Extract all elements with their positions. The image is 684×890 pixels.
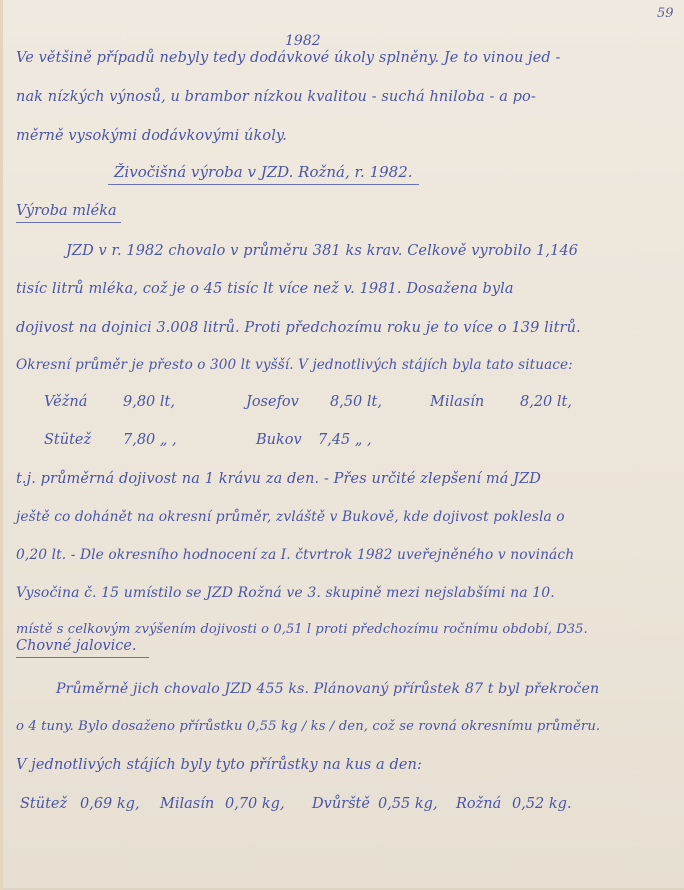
milk-line-4: Okresní průměr je přesto o 300 lt vyšší.… [16,357,573,373]
stable-value: 0,69 kg, [80,796,140,812]
stable-value: 8,50 lt, [330,394,382,410]
milk-line-1: JZD v r. 1982 chovalo v průměru 381 ks k… [66,243,578,259]
stable-name: Milasín [430,394,484,410]
milk-heading: Výroba mléka [16,203,121,223]
intro-line-1: Ve většině případů nebyly tedy dodávkové… [16,50,560,66]
heifers-line-3: V jednotlivých stájích byly tyto přírůst… [16,757,422,773]
heifers-heading: Chovné jalovice. [16,638,149,658]
stable-value: 0,55 kg, [378,796,438,812]
milk-after-line-3: 0,20 lt. - Dle okresního hodnocení za I.… [16,547,574,563]
page-number: 59 [657,6,674,21]
milk-after-line-5: místě s celkovým zvýšením dojivosti o 0,… [16,622,588,637]
heifers-line-2: o 4 tuny. Bylo dosaženo přírůstku 0,55 k… [16,719,600,734]
handwritten-ledger-page: 59 1982 Ve většině případů nebyly tedy d… [0,0,684,890]
milk-line-3: dojivost na dojnici 3.008 litrů. Proti p… [16,320,581,336]
stable-value: 7,80 „ , [123,432,177,448]
section-title: Živočišná výroba v JZD. Rožná, r. 1982. [108,163,419,185]
stable-name: Dvůrště [312,796,370,812]
stable-value: 7,45 „ , [318,432,372,448]
milk-after-line-2: ještě co dohánět na okresní průměr, zvlá… [16,509,565,525]
stable-value: 8,20 lt, [520,394,572,410]
intro-line-2: nak nízkých výnosů, u brambor nízkou kva… [16,89,536,105]
stable-name: Josefov [246,394,299,410]
page-year: 1982 [285,33,321,49]
stable-name: Věžná [44,394,87,410]
stable-value: 0,52 kg. [512,796,572,812]
stable-name: Stütež [44,432,91,448]
milk-after-line-4: Vysočina č. 15 umístilo se JZD Rožná ve … [16,585,555,601]
stable-value: 0,70 kg, [225,796,285,812]
stable-name: Bukov [256,432,302,448]
milk-after-line-1: t.j. průměrná dojivost na 1 krávu za den… [16,471,541,487]
milk-line-2: tisíc litrů mléka, což je o 45 tisíc lt … [16,281,514,297]
stable-name: Milasín [160,796,214,812]
intro-line-3: měrně vysokými dodávkovými úkoly. [16,128,287,144]
stable-value: 9,80 lt, [123,394,175,410]
heifers-line-1: Průměrně jich chovalo JZD 455 ks. Plánov… [56,681,599,697]
stable-name: Rožná [456,796,501,812]
stable-name: Stütež [20,796,67,812]
